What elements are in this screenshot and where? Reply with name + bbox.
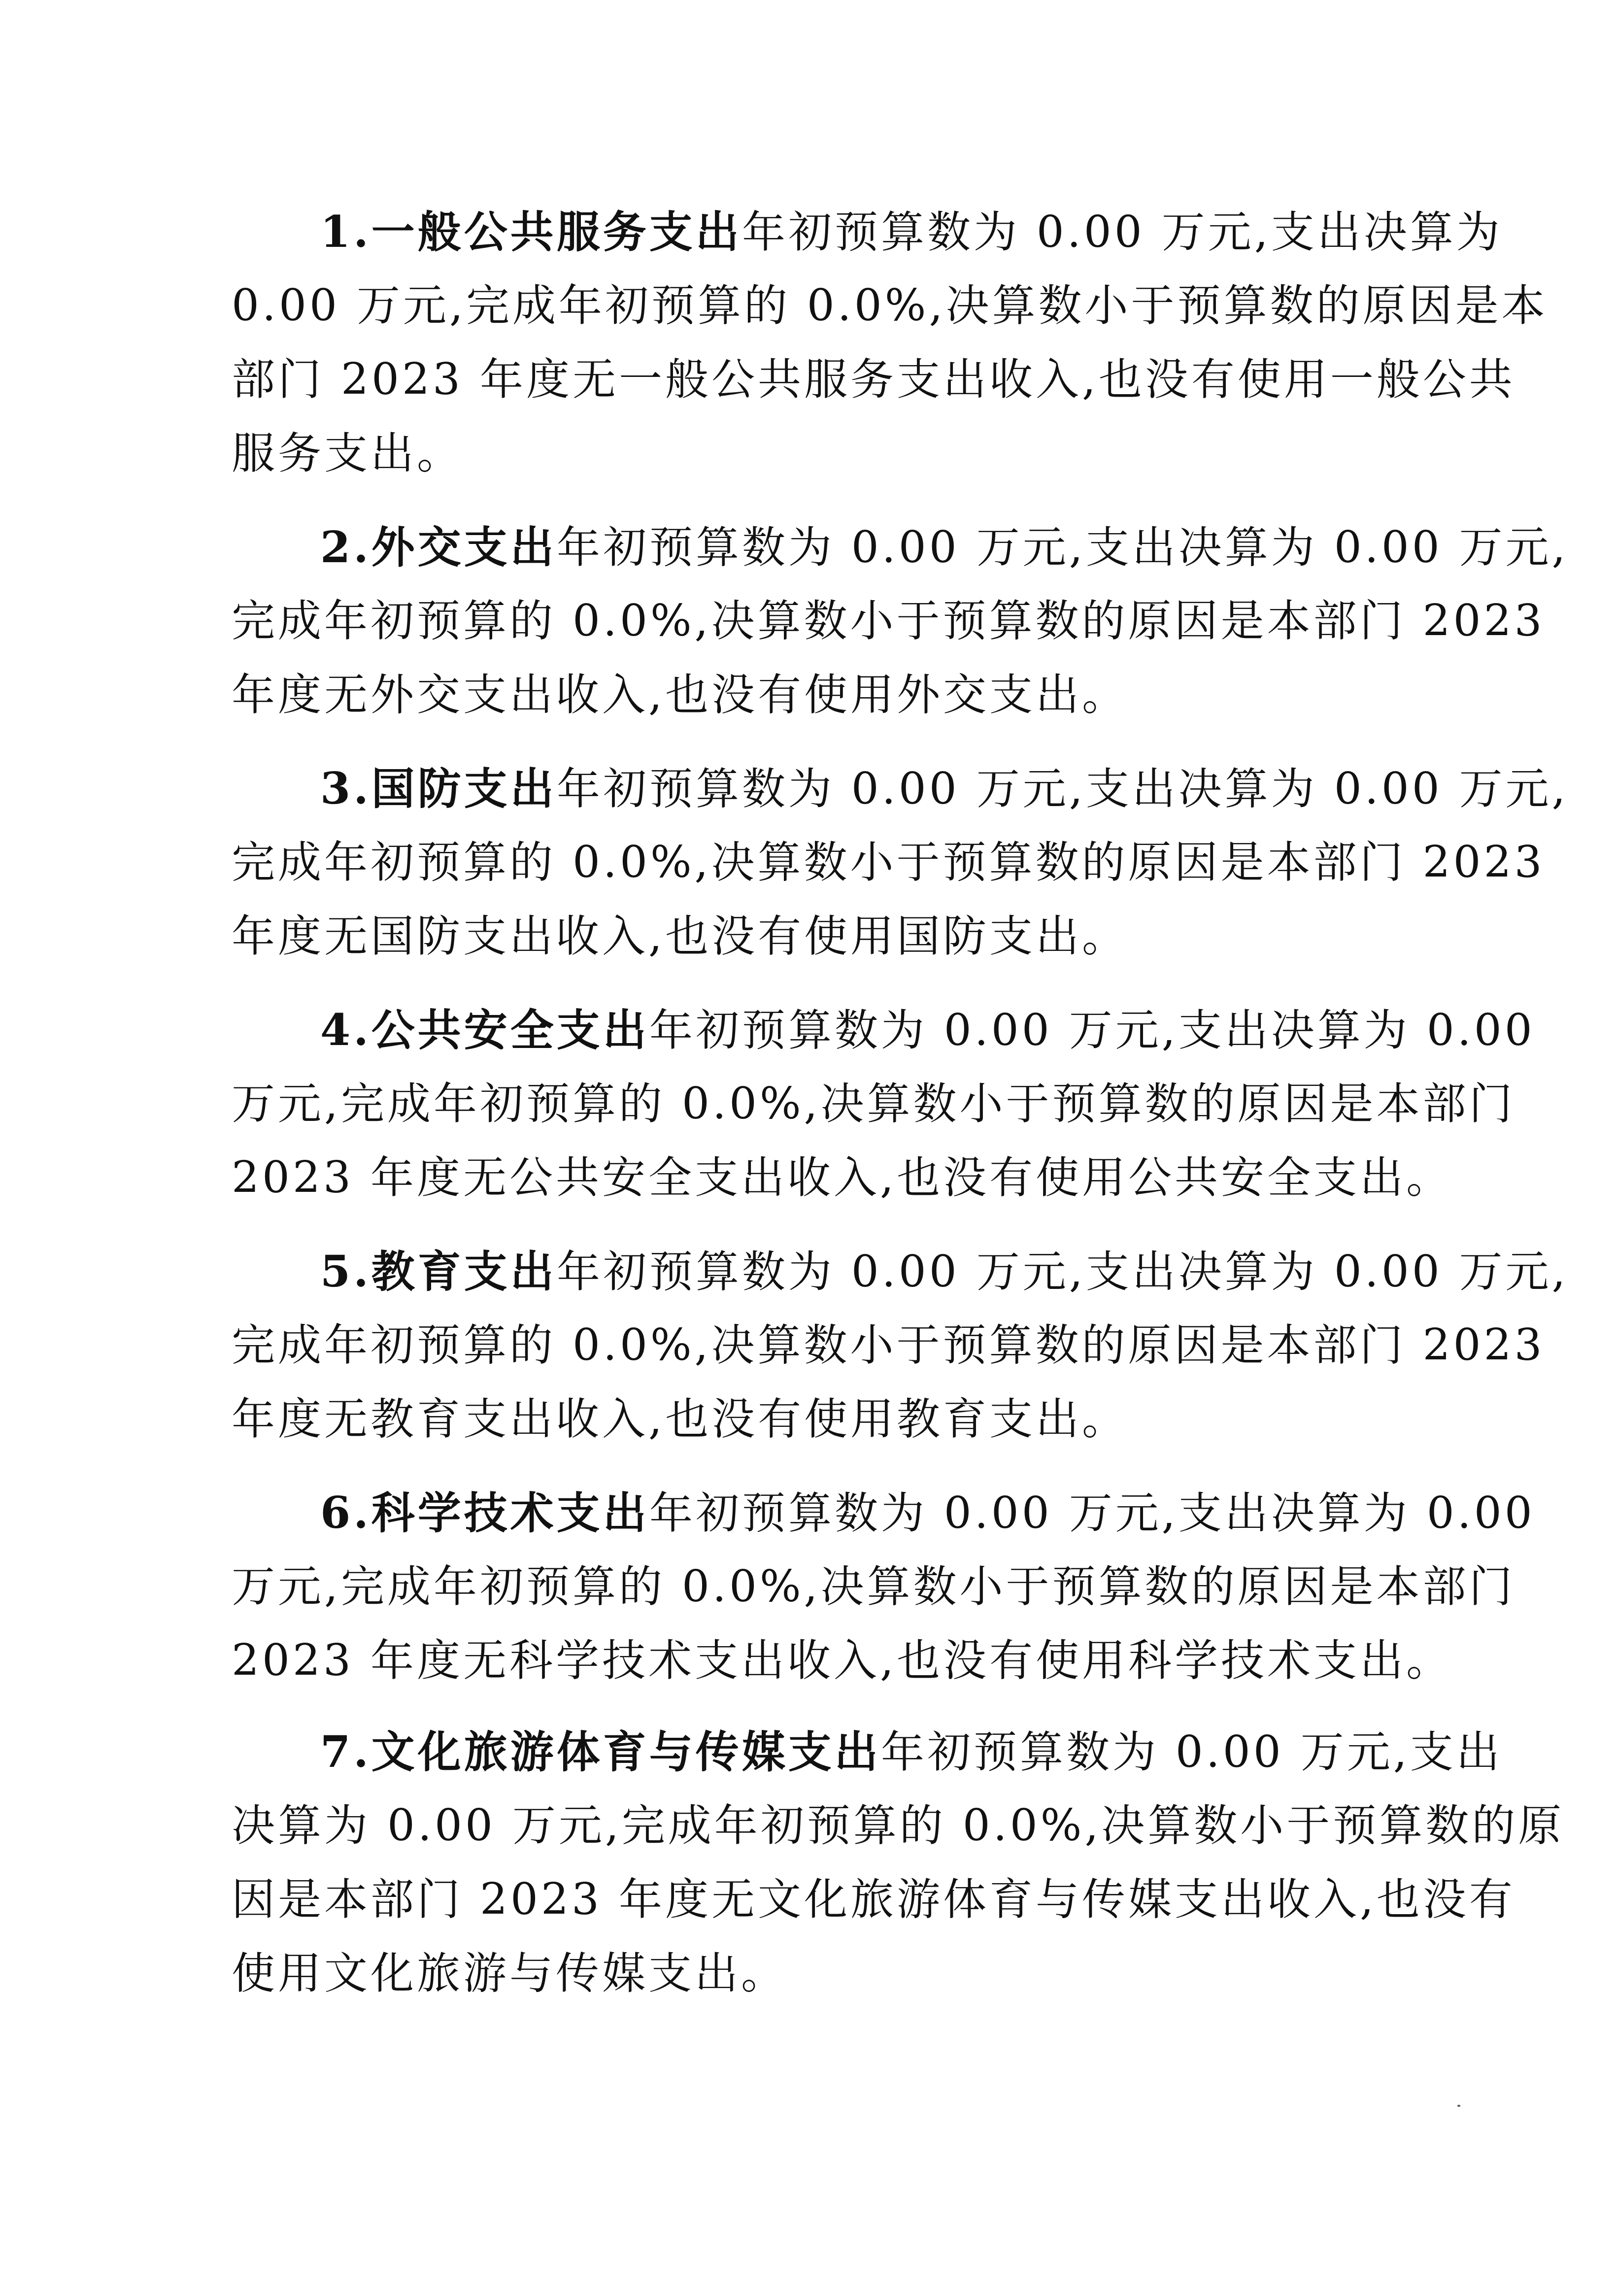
paragraph-line: 年度无外交支出收入,也没有使用外交支出。 (232, 668, 1128, 722)
paragraph-line: 6.科学技术支出年初预算数为 0.00 万元,支出决算为 0.00 (320, 1486, 1535, 1540)
paragraph-line: 2023 年度无科学技术支出收入,也没有使用科学技术支出。 (232, 1633, 1452, 1688)
paragraph-line: 完成年初预算的 0.0%,决算数小于预算数的原因是本部门 2023 (232, 1318, 1545, 1372)
paragraph-heading: 2.外交支出 (320, 521, 557, 573)
paragraph-line: 服务支出。 (232, 426, 463, 480)
paragraph-line: 完成年初预算的 0.0%,决算数小于预算数的原因是本部门 2023 (232, 594, 1545, 648)
paragraph-line: 决算为 0.00 万元,完成年初预算的 0.0%,决算数小于预算数的原 (232, 1798, 1564, 1853)
paragraph-text: 年初预算数为 0.00 万元,支出决算为 (742, 206, 1503, 257)
paragraph-line: 年度无国防支出收入,也没有使用国防支出。 (232, 909, 1128, 963)
paragraph-line: 0.00 万元,完成年初预算的 0.0%,决算数小于预算数的原因是本 (232, 278, 1548, 333)
paragraph-line: 5.教育支出年初预算数为 0.00 万元,支出决算为 0.00 万元, (320, 1244, 1569, 1299)
paragraph-line: 2023 年度无公共安全支出收入,也没有使用公共安全支出。 (232, 1150, 1452, 1205)
paragraph-text: 年初预算数为 0.00 万元,支出决算为 0.00 万元, (557, 763, 1569, 814)
paragraph-line: 3.国防支出年初预算数为 0.00 万元,支出决算为 0.00 万元, (320, 761, 1569, 816)
paragraph-line: 2.外交支出年初预算数为 0.00 万元,支出决算为 0.00 万元, (320, 520, 1569, 574)
paragraph-line: 完成年初预算的 0.0%,决算数小于预算数的原因是本部门 2023 (232, 835, 1545, 889)
paragraph-line: 万元,完成年初预算的 0.0%,决算数小于预算数的原因是本部门 (232, 1077, 1516, 1131)
paragraph-line: 年度无教育支出收入,也没有使用教育支出。 (232, 1392, 1128, 1446)
paragraph-text: 年初预算数为 0.00 万元,支出决算为 0.00 万元, (557, 522, 1569, 573)
paragraph-text: 年初预算数为 0.00 万元,支出决算为 0.00 万元, (557, 1246, 1569, 1297)
document-page: 1.一般公共服务支出年初预算数为 0.00 万元,支出决算为 0.00 万元,完… (0, 0, 1618, 2296)
paragraph-text: 年初预算数为 0.00 万元,支出决算为 0.00 (649, 1005, 1535, 1055)
paragraph-line: 部门 2023 年度无一般公共服务支出收入,也没有使用一般公共 (232, 352, 1516, 406)
paragraph-line: 4.公共安全支出年初预算数为 0.00 万元,支出决算为 0.00 (320, 1003, 1535, 1057)
paragraph-line: 使用文化旅游与传媒支出。 (232, 1946, 787, 2000)
paragraph-heading: 3.国防支出 (320, 763, 557, 814)
paragraph-text: 年初预算数为 0.00 万元,支出 (881, 1726, 1503, 1777)
paragraph-line: 万元,完成年初预算的 0.0%,决算数小于预算数的原因是本部门 (232, 1559, 1516, 1614)
paragraph-heading: 1.一般公共服务支出 (320, 206, 742, 257)
paragraph-line: 因是本部门 2023 年度无文化旅游体育与传媒支出收入,也没有 (232, 1872, 1516, 1926)
paragraph-heading: 5.教育支出 (320, 1246, 557, 1297)
paragraph-heading: 4.公共安全支出 (320, 1004, 649, 1055)
paragraph-line: 7.文化旅游体育与传媒支出年初预算数为 0.00 万元,支出 (320, 1724, 1503, 1779)
paragraph-heading: 7.文化旅游体育与传媒支出 (320, 1726, 881, 1777)
scan-speck (1457, 2105, 1460, 2107)
paragraph-line: 1.一般公共服务支出年初预算数为 0.00 万元,支出决算为 (320, 204, 1503, 259)
paragraph-text: 年初预算数为 0.00 万元,支出决算为 0.00 (649, 1487, 1535, 1538)
paragraph-heading: 6.科学技术支出 (320, 1487, 649, 1538)
